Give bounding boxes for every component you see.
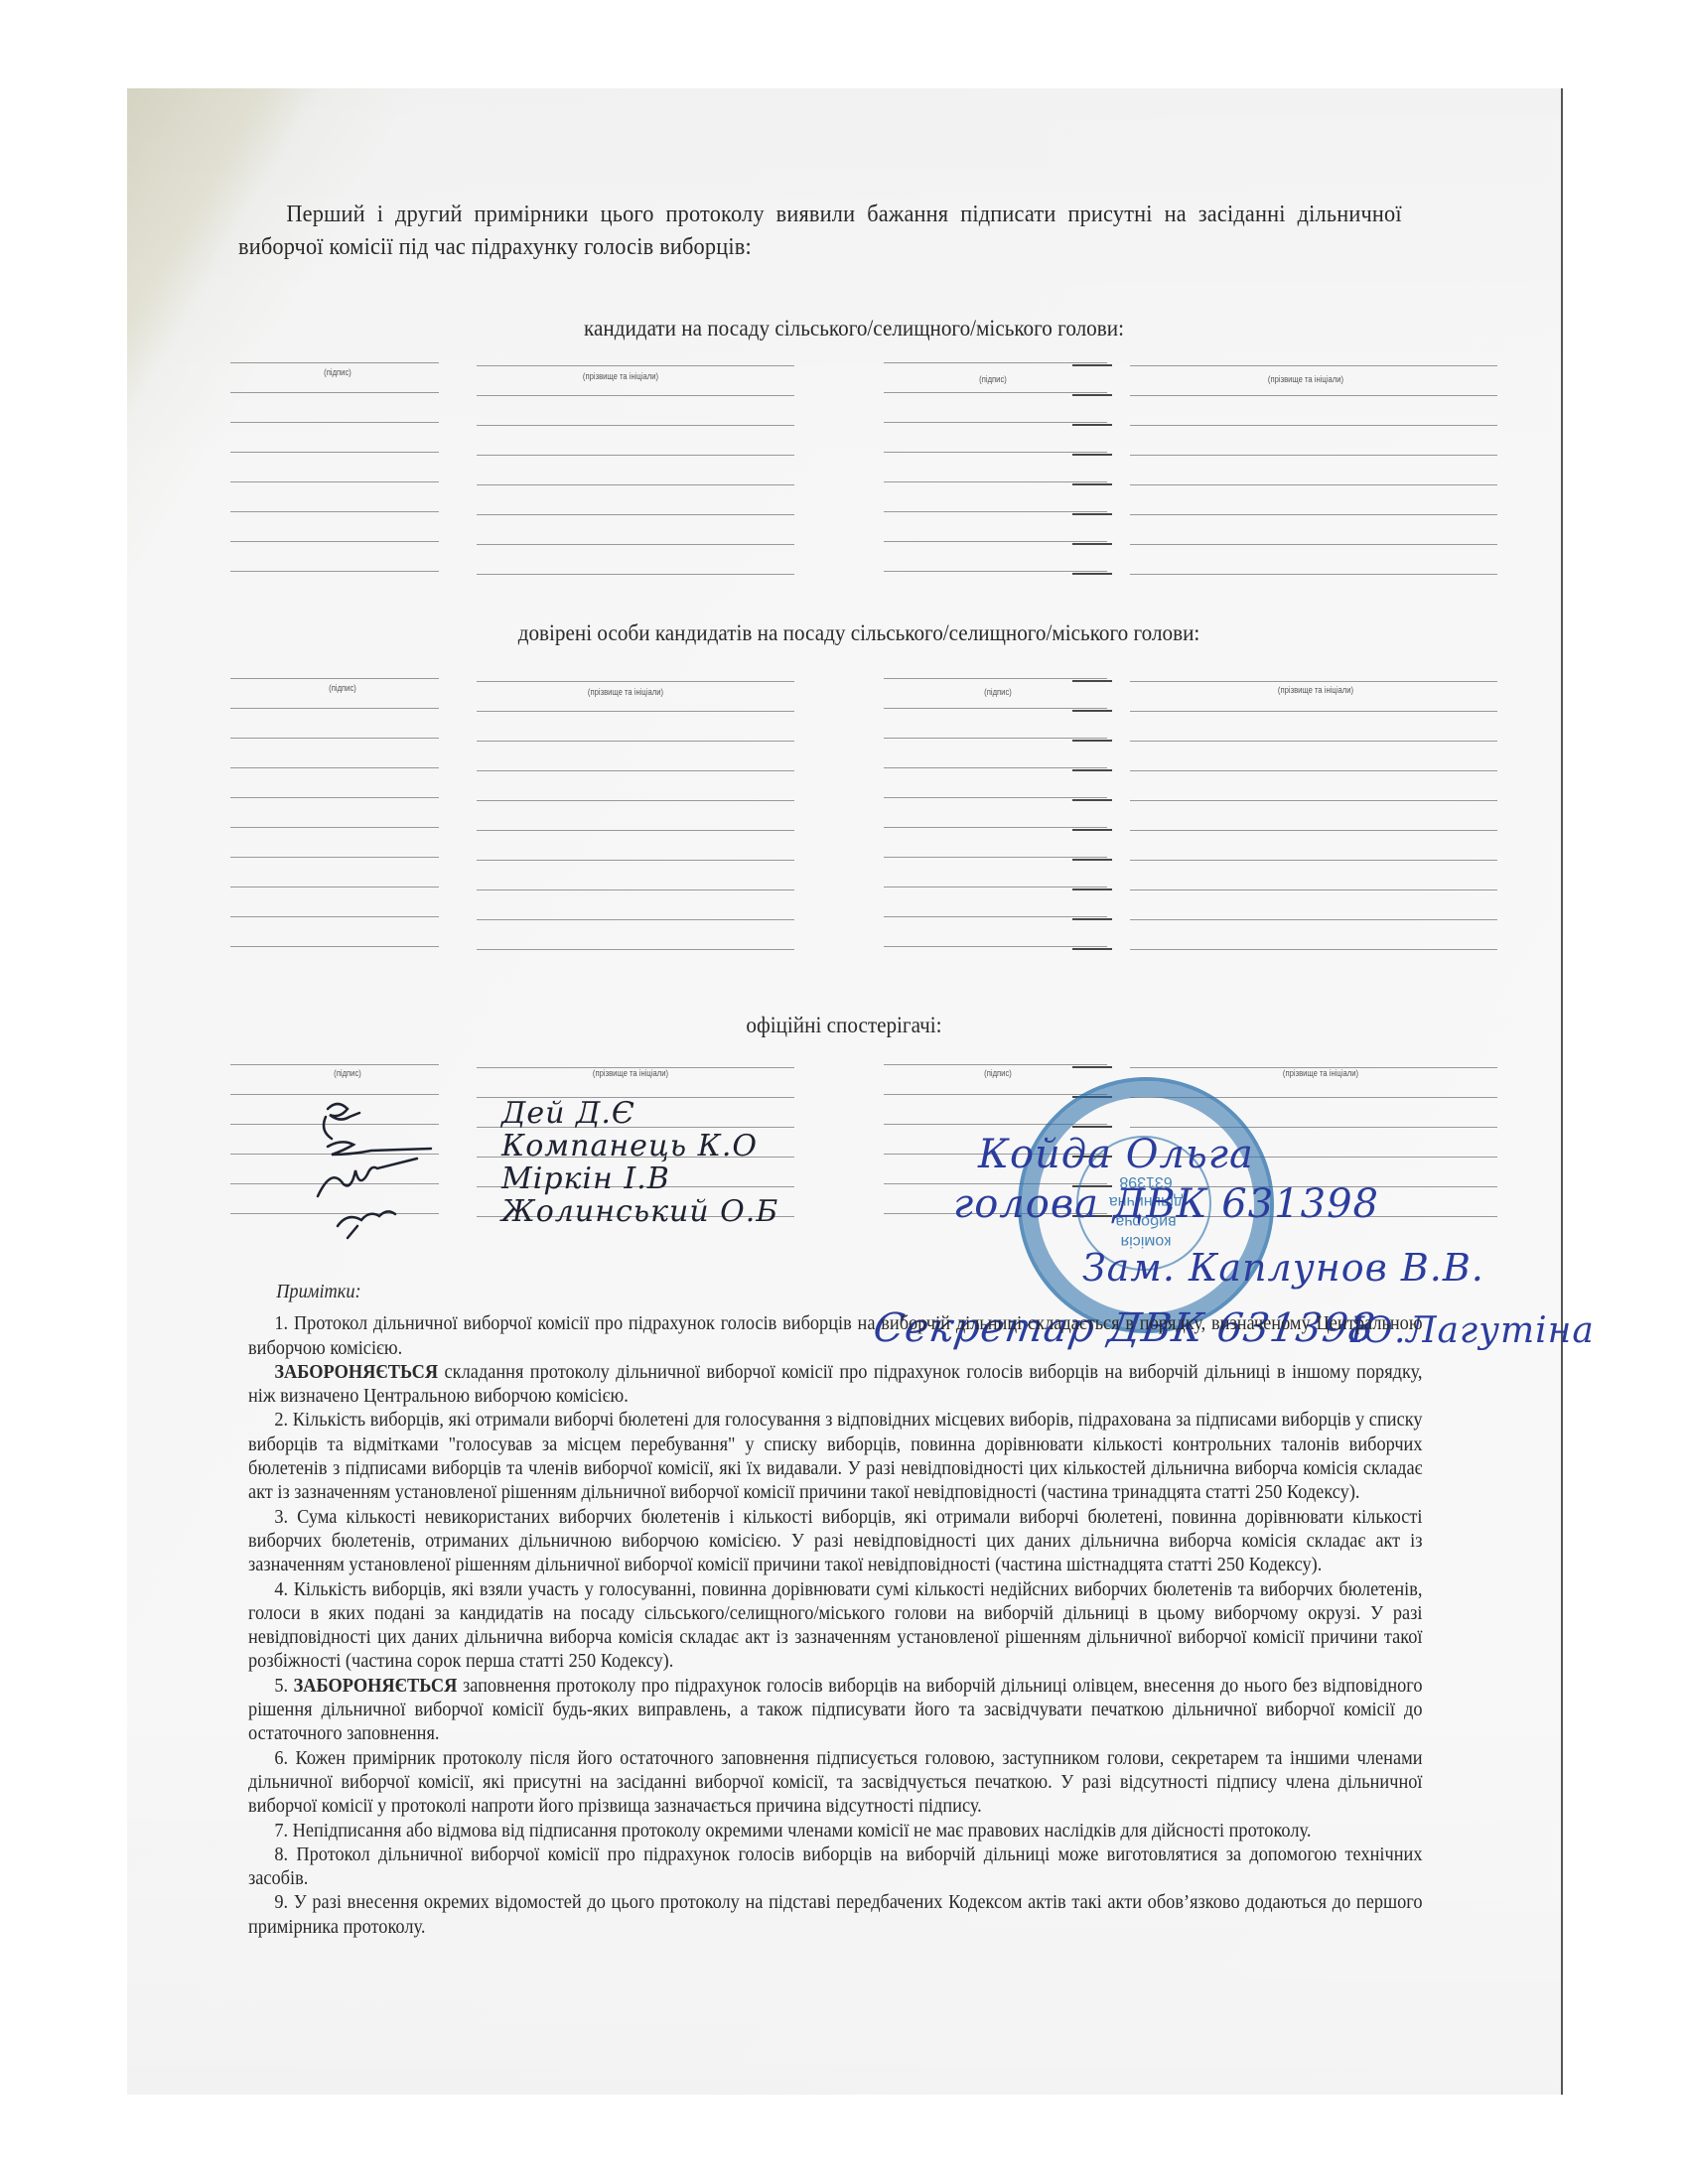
- signature-line: [477, 919, 794, 920]
- signature-line: [1130, 770, 1497, 771]
- signature-line: [1130, 514, 1497, 515]
- signature-line: [884, 887, 1107, 887]
- signature-line: [884, 541, 1107, 542]
- signature-line: [1130, 574, 1497, 575]
- signature-line: [230, 571, 439, 572]
- signature-line: [884, 946, 1107, 947]
- signature-line: [477, 949, 794, 950]
- signature-line: [1130, 365, 1497, 366]
- signature-line: [1130, 455, 1497, 456]
- signature-line: [1130, 860, 1497, 861]
- signature-line: [884, 481, 1107, 482]
- signature-line: [477, 860, 794, 861]
- column-label-signature: (підпис): [951, 374, 1036, 384]
- signature-line: [477, 395, 794, 396]
- note-item: 8. Протокол дільничної виборчої комісії …: [248, 1843, 1423, 1892]
- observer-name-2: Компанець К.О: [501, 1129, 758, 1163]
- column-label-name: (прізвище та ініціали): [562, 687, 689, 697]
- column-label-name: (прізвище та ініціали): [1252, 685, 1379, 695]
- signature-line: [230, 481, 439, 482]
- intro-text: Перший і другий примірники цього протоко…: [238, 202, 1402, 260]
- signature-line: [1130, 484, 1497, 485]
- section-title-observers: офіційні спостерігачі:: [707, 1013, 981, 1038]
- signature-line: [230, 392, 439, 393]
- note-item: 3. Сума кількості невикористаних виборчи…: [248, 1506, 1423, 1578]
- signature-line: [230, 1064, 439, 1065]
- note-item: 6. Кожен примірник протоколу після його …: [248, 1747, 1423, 1820]
- column-label-name: (прізвище та ініціали): [1257, 1068, 1384, 1078]
- signature-line: [477, 455, 794, 456]
- signature-line: [884, 1064, 1107, 1065]
- signature-line: [477, 741, 794, 742]
- handwritten-signatures-icon: [298, 1097, 477, 1246]
- signature-line: [477, 889, 794, 890]
- signature-line: [477, 425, 794, 426]
- handwritten-chair-title: голова ДВК 631398: [953, 1181, 1379, 1227]
- handwritten-chair-name: Койда Ольга: [978, 1132, 1254, 1177]
- column-label-signature: (підпис): [956, 1068, 1041, 1078]
- notes-title: Примітки:: [248, 1281, 1423, 1304]
- signature-line: [1130, 830, 1497, 831]
- observer-name-3: Міркін І.В: [501, 1161, 670, 1196]
- signature-line: [1130, 889, 1497, 890]
- section-title-trusted-persons: довірені особи кандидатів на посаду сіль…: [498, 620, 1220, 646]
- note-item: 7. Непідписання або відмова від підписан…: [248, 1820, 1423, 1843]
- signature-line: [884, 678, 1107, 679]
- signature-line: [230, 678, 439, 679]
- intro-paragraph: Перший і другий примірники цього протоко…: [238, 199, 1402, 264]
- signature-line: [230, 887, 439, 887]
- signature-line: [884, 422, 1107, 423]
- signature-line: [230, 857, 439, 858]
- signature-line: [477, 365, 794, 366]
- note-item: ЗАБОРОНЯЄТЬСЯ складання протоколу дільни…: [248, 1361, 1423, 1410]
- signature-line: [477, 1067, 794, 1068]
- note-item: 4. Кількість виборців, які взяли участь …: [248, 1578, 1423, 1675]
- signature-line: [477, 544, 794, 545]
- signature-line: [884, 767, 1107, 768]
- signature-line: [230, 946, 439, 947]
- signature-line: [884, 392, 1107, 393]
- signature-line: [884, 708, 1107, 709]
- signature-line: [477, 830, 794, 831]
- signature-line: [477, 514, 794, 515]
- signature-line: [477, 484, 794, 485]
- signature-line: [230, 827, 439, 828]
- column-label-name: (прізвище та ініціали): [567, 1068, 694, 1078]
- observer-name-1: Дей Д.Є: [501, 1096, 635, 1131]
- note-item: 5. ЗАБОРОНЯЄТЬСЯ заповнення протоколу пр…: [248, 1675, 1423, 1747]
- note-item: 1. Протокол дільничної виборчої комісії …: [248, 1312, 1423, 1361]
- note-item: 9. У разі внесення окремих відомостей до…: [248, 1891, 1423, 1940]
- section-title-candidates: кандидати на посаду сільського/селищного…: [580, 316, 1128, 341]
- signature-line: [230, 452, 439, 453]
- signature-line: [230, 541, 439, 542]
- signature-line: [884, 857, 1107, 858]
- signature-line: [884, 452, 1107, 453]
- signature-line: [230, 362, 439, 363]
- column-label-name: (прізвище та ініціали): [557, 371, 684, 381]
- signature-line: [477, 681, 794, 682]
- signature-line: [1130, 800, 1497, 801]
- signature-line: [884, 511, 1107, 512]
- column-label-signature: (підпис): [301, 683, 385, 693]
- note-item: 2. Кількість виборців, які отримали вибо…: [248, 1409, 1423, 1505]
- signature-line: [230, 422, 439, 423]
- column-label-name: (прізвище та ініціали): [1242, 374, 1369, 384]
- signature-line: [884, 916, 1107, 917]
- signature-line: [477, 800, 794, 801]
- signature-line: [1130, 681, 1497, 682]
- signature-line: [1130, 1067, 1497, 1068]
- signature-line: [230, 738, 439, 739]
- signature-line: [477, 770, 794, 771]
- signature-line: [884, 738, 1107, 739]
- signature-line: [1130, 919, 1497, 920]
- signature-line: [1130, 544, 1497, 545]
- signature-line: [1130, 741, 1497, 742]
- column-label-signature: (підпис): [956, 687, 1041, 697]
- column-label-signature: (підпис): [306, 1068, 390, 1078]
- signature-line: [1130, 425, 1497, 426]
- signature-line: [884, 571, 1107, 572]
- signature-line: [1130, 949, 1497, 950]
- observer-name-4: Жолинський О.Б: [501, 1194, 778, 1229]
- signature-line: [230, 916, 439, 917]
- notes-section: Примітки: 1. Протокол дільничної виборчо…: [248, 1281, 1423, 1940]
- signature-line: [477, 574, 794, 575]
- signature-line: [230, 708, 439, 709]
- signature-line: [1130, 395, 1497, 396]
- signature-line: [884, 1094, 1107, 1095]
- signature-line: [1130, 711, 1497, 712]
- signature-line: [230, 511, 439, 512]
- signature-line: [230, 797, 439, 798]
- signature-line: [477, 711, 794, 712]
- signature-line: [884, 827, 1107, 828]
- signature-line: [230, 1094, 439, 1095]
- column-label-signature: (підпис): [296, 367, 380, 377]
- signature-line: [230, 767, 439, 768]
- signature-line: [884, 362, 1107, 363]
- signature-line: [884, 797, 1107, 798]
